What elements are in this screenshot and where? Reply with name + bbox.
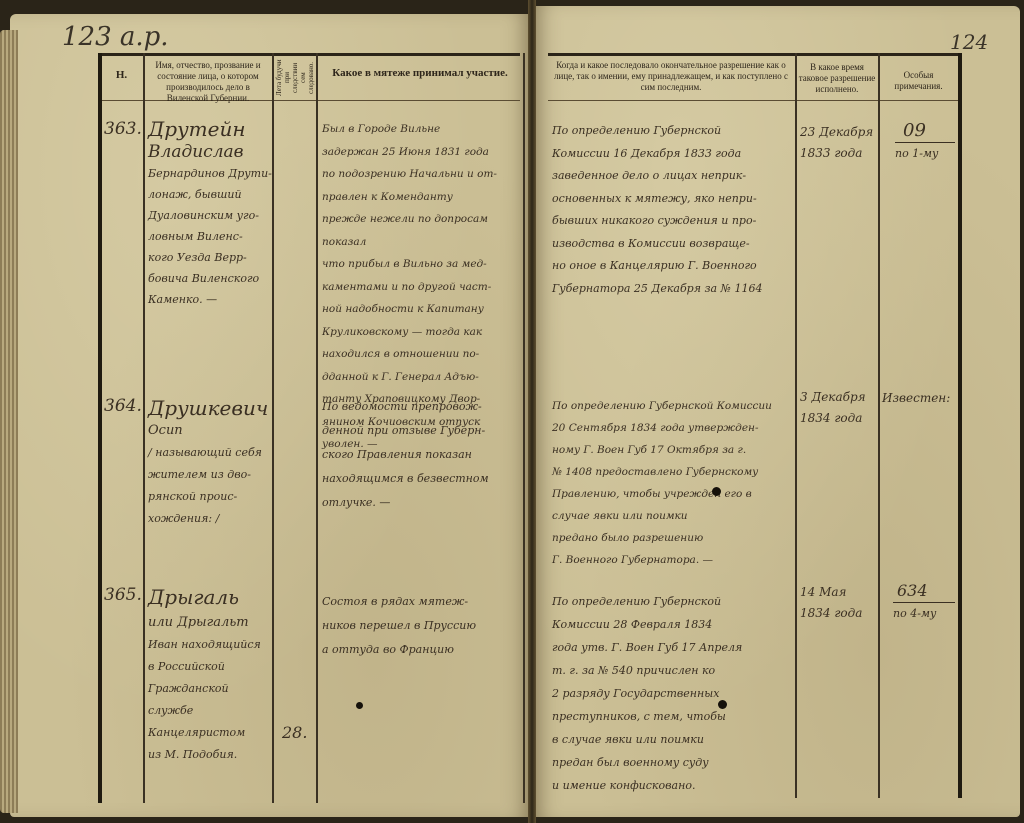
entry-remarks: Известен: [882, 387, 957, 409]
entry-participation: По ведомости препровож- денной при отзыв… [322, 395, 522, 515]
entry-executed-date: 14 Мая 1834 года [800, 582, 876, 624]
header-rule-right [548, 100, 960, 101]
header-age: Лета будучи при следствии сем следовано. [275, 58, 313, 98]
header-remarks: Особыя примечания. [880, 70, 957, 92]
entry-remarks: 634 по 4-му [893, 580, 955, 625]
top-rule-right [548, 53, 960, 56]
binding-hole [712, 487, 721, 496]
entry-executed-date: 23 Декабря 1833 года [800, 122, 876, 164]
col-divider-4 [523, 53, 525, 803]
entry-surname: Дрыгаль [148, 584, 239, 610]
col-divider-2 [272, 53, 274, 803]
header-name: Имя, отчество, прозвание и состояние лиц… [146, 60, 270, 104]
entry-name-details: или Дрыгальт Иван находящийся в Российск… [148, 612, 272, 766]
entry-name-details: Осип / называющий себя жителем из дво- р… [148, 420, 272, 530]
header-resolution: Когда и какое последовало окончательное … [548, 60, 794, 93]
binding-hole [718, 700, 727, 709]
binding-hole [356, 702, 363, 709]
entry-remarks: 09 по 1-му [895, 120, 955, 165]
entry-surname: Друтейн [148, 116, 246, 142]
entry-number: 365. [104, 584, 142, 607]
left-border [98, 53, 102, 803]
entry-number: 364. [104, 395, 142, 418]
col-divider-1 [143, 53, 145, 803]
col-divider-5 [795, 53, 797, 798]
ledger-spread: 123 a.p. 124 Н. Имя, отчество, прозвание… [0, 0, 1024, 823]
header-executed: В какое время таковое разрешение исполне… [797, 62, 877, 95]
entry-name-details: Владислав Бернардинов Друти- лонаж, бывш… [148, 142, 272, 310]
entry-resolution: По определению Губернской Комиссии 16 Де… [552, 120, 794, 300]
entry-executed-date: 3 Декабря 1834 года [800, 387, 876, 429]
entry-resolution: По определению Губернской Комиссии 28 Фе… [552, 590, 794, 797]
col-divider-6 [878, 53, 880, 798]
right-border [958, 53, 962, 798]
header-number: Н. [100, 70, 143, 81]
col-divider-3 [316, 53, 318, 803]
top-rule-left [100, 53, 520, 56]
folio-right: 124 [950, 30, 988, 54]
entry-participation: Состоя в рядах мятеж- ников перешел в Пр… [322, 590, 522, 662]
entry-surname: Друшкевич [148, 395, 268, 421]
entry-number: 363. [104, 118, 142, 141]
page-edges [0, 30, 18, 813]
entry-resolution: По определению Губернской Комиссии 20 Се… [552, 395, 794, 571]
book-gutter [528, 0, 536, 823]
folio-left: 123 a.p. [62, 22, 169, 52]
header-participation: Какое в мятеже принимал участие. [318, 68, 522, 79]
entry-age: 28. [282, 722, 307, 745]
